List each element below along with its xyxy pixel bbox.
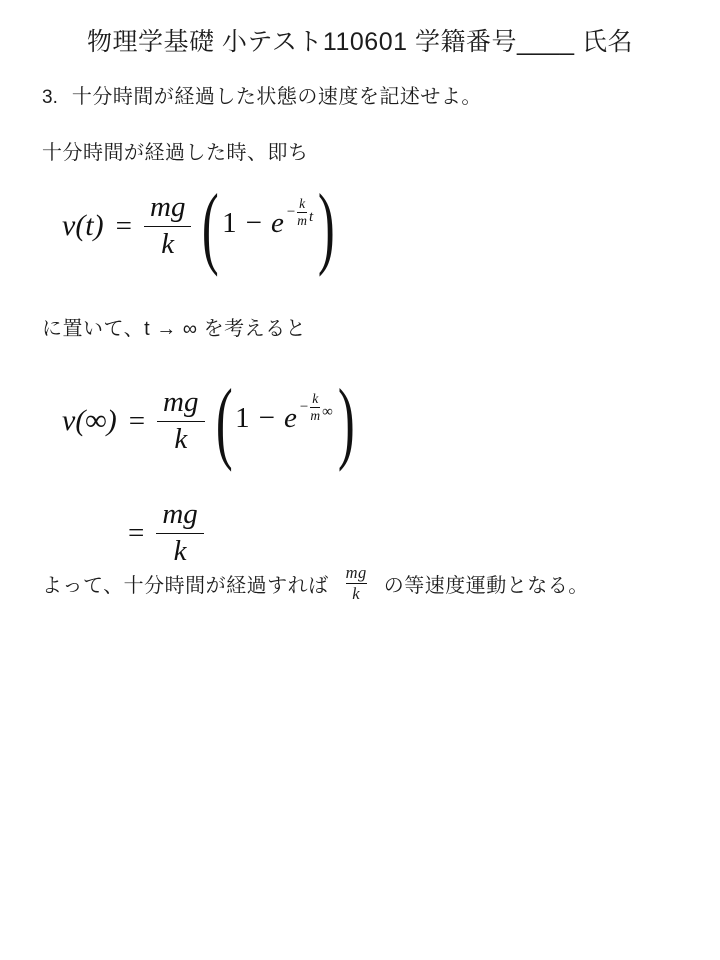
minus-sign: − xyxy=(259,402,275,435)
constant-one: 1 xyxy=(235,402,250,435)
equals-sign: = xyxy=(128,517,144,550)
formula-lhs: v(∞) xyxy=(62,404,117,438)
page-title: 物理学基礎 小テスト110601 学籍番号____ 氏名 xyxy=(0,22,720,58)
fraction-mg-over-k: mg k xyxy=(156,499,203,567)
formula-lhs: v(t) xyxy=(62,209,104,243)
fraction-denominator: k xyxy=(155,229,180,260)
fraction-bar xyxy=(156,533,203,534)
document-page: 物理学基礎 小テスト110601 学籍番号____ 氏名 3. 十分時間が経過し… xyxy=(0,0,720,960)
fraction-denominator: k xyxy=(168,424,193,455)
exponent-variable-t: t xyxy=(309,209,313,226)
question-line: 3. 十分時間が経過した状態の速度を記述せよ。 xyxy=(42,80,482,109)
open-paren: ( xyxy=(215,376,232,466)
euler-e: e xyxy=(271,207,284,240)
exponent: − k m t xyxy=(287,197,313,228)
exponent-fraction-k-over-m: k m xyxy=(310,392,320,423)
fraction-bar xyxy=(157,421,204,422)
formula-v-of-infinity: v(∞) = mg k ( 1 − e − k m ∞ ) xyxy=(62,371,361,471)
euler-e: e xyxy=(284,402,297,435)
question-number: 3. xyxy=(42,87,58,109)
exponent-infinity: ∞ xyxy=(322,404,333,421)
equals-sign: = xyxy=(116,210,132,243)
paren-content: 1 − e − k m ∞ xyxy=(235,402,333,439)
equals-sign: = xyxy=(129,405,145,438)
exponent-minus: − xyxy=(300,399,308,416)
fraction-mg-over-k: mg k xyxy=(144,192,191,260)
fraction-numerator: mg xyxy=(156,499,203,530)
fraction-denominator: k xyxy=(168,536,193,567)
fraction-bar xyxy=(144,226,191,227)
paragraph-limit: に置いて、t → ∞ を考えると xyxy=(42,312,306,341)
formula-result: = mg k xyxy=(116,494,204,572)
formula-v-of-t: v(t) = mg k ( 1 − e − k m t ) xyxy=(62,178,342,274)
exponent-numerator: k xyxy=(299,197,305,211)
exponent-fraction-k-over-m: k m xyxy=(297,197,307,228)
minus-sign: − xyxy=(246,207,262,240)
question-text: 十分時間が経過した状態の速度を記述せよ。 xyxy=(72,80,482,109)
close-paren: ) xyxy=(318,181,335,271)
fraction-numerator: mg xyxy=(157,387,204,418)
close-paren: ) xyxy=(338,376,355,466)
inline-fraction-mg-over-k: mg k xyxy=(346,564,367,603)
exponent: − k m ∞ xyxy=(300,392,333,423)
exponent-numerator: k xyxy=(312,392,318,406)
exponent-minus: − xyxy=(287,204,295,221)
fraction-mg-over-k: mg k xyxy=(157,387,204,455)
conclusion-text-after: の等速度運動となる。 xyxy=(384,569,589,598)
exponent-denominator: m xyxy=(297,214,307,228)
paren-content: 1 − e − k m t xyxy=(222,207,313,244)
fraction-numerator: mg xyxy=(144,192,191,223)
exponent-denominator: m xyxy=(310,409,320,423)
conclusion-text-before: よって、十分時間が経過すれば xyxy=(42,569,329,598)
inline-fraction-denominator: k xyxy=(352,585,360,603)
conclusion-line: よって、十分時間が経過すれば mg k の等速度運動となる。 xyxy=(42,564,589,603)
open-paren: ( xyxy=(202,181,219,271)
inline-fraction-numerator: mg xyxy=(346,564,367,582)
constant-one: 1 xyxy=(222,207,237,240)
paragraph-condition: 十分時間が経過した時、即ち xyxy=(42,136,309,165)
